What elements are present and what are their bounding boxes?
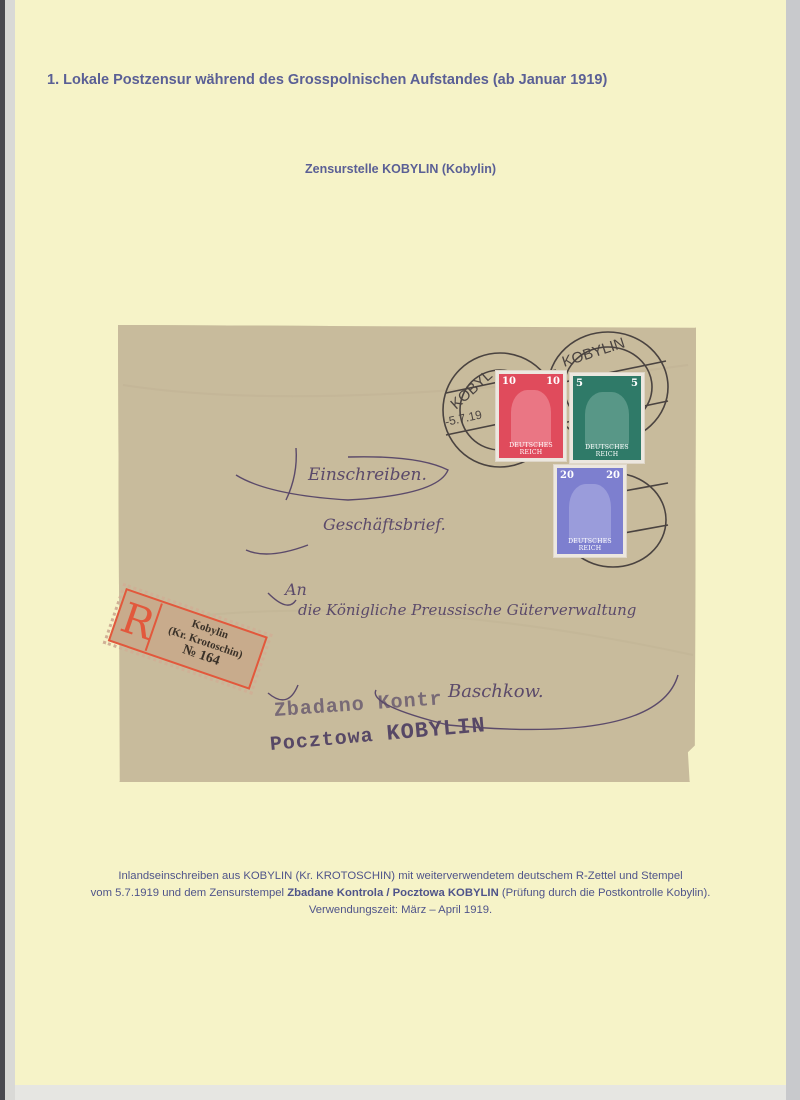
- svg-text:Geschäftsbrief.: Geschäftsbrief.: [323, 515, 446, 534]
- caption: Inlandseinschreiben aus KOBYLIN (Kr. KRO…: [15, 868, 786, 919]
- svg-text:Baschkow.: Baschkow.: [447, 681, 544, 702]
- svg-text:Einschreiben.: Einschreiben.: [307, 465, 427, 485]
- section-title: Zensurstelle KOBYLIN (Kobylin): [15, 162, 786, 176]
- svg-text:KOBYLIN: KOBYLIN: [560, 335, 627, 371]
- caption-line-1: Inlandseinschreiben aus KOBYLIN (Kr. KRO…: [15, 868, 786, 885]
- scan-left-margin: [5, 0, 15, 1100]
- page-title: 1. Lokale Postzensur während des Grosspo…: [47, 72, 607, 88]
- stamp-10-pfennig: 10 10 DEUTSCHES REICH: [496, 371, 566, 461]
- svg-text:An: An: [283, 580, 307, 599]
- caption-censor-name: Zbadane Kontrola / Pocztowa KOBYLIN: [287, 887, 499, 899]
- caption-line-2: vom 5.7.1919 und dem Zensurstempel Zbada…: [15, 885, 786, 902]
- scan-right-edge: [786, 0, 800, 1100]
- svg-text:die Königliche Preussische Güt: die Königliche Preussische Güterverwaltu…: [298, 601, 636, 619]
- stamp-5-pfennig: 5 5 DEUTSCHES REICH: [570, 373, 644, 463]
- caption-line-3: Verwendungszeit: März – April 1919.: [15, 902, 786, 919]
- stamp-20-pfennig: 20 20 DEUTSCHES REICH: [554, 465, 626, 557]
